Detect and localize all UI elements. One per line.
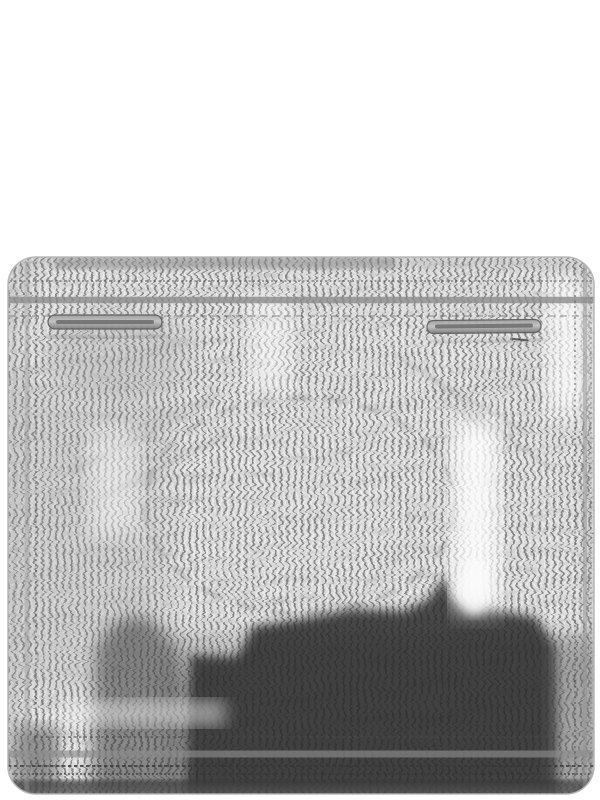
foil-pad-illustration — [0, 0, 600, 800]
highlight-top-center — [248, 298, 292, 393]
left-slot-core — [56, 320, 154, 324]
highlight-column-center — [452, 420, 500, 610]
product-photo — [0, 0, 600, 800]
foil-pad — [0, 245, 600, 800]
highlight-bottom-left — [60, 700, 225, 726]
highlight-mid-left — [88, 430, 140, 535]
